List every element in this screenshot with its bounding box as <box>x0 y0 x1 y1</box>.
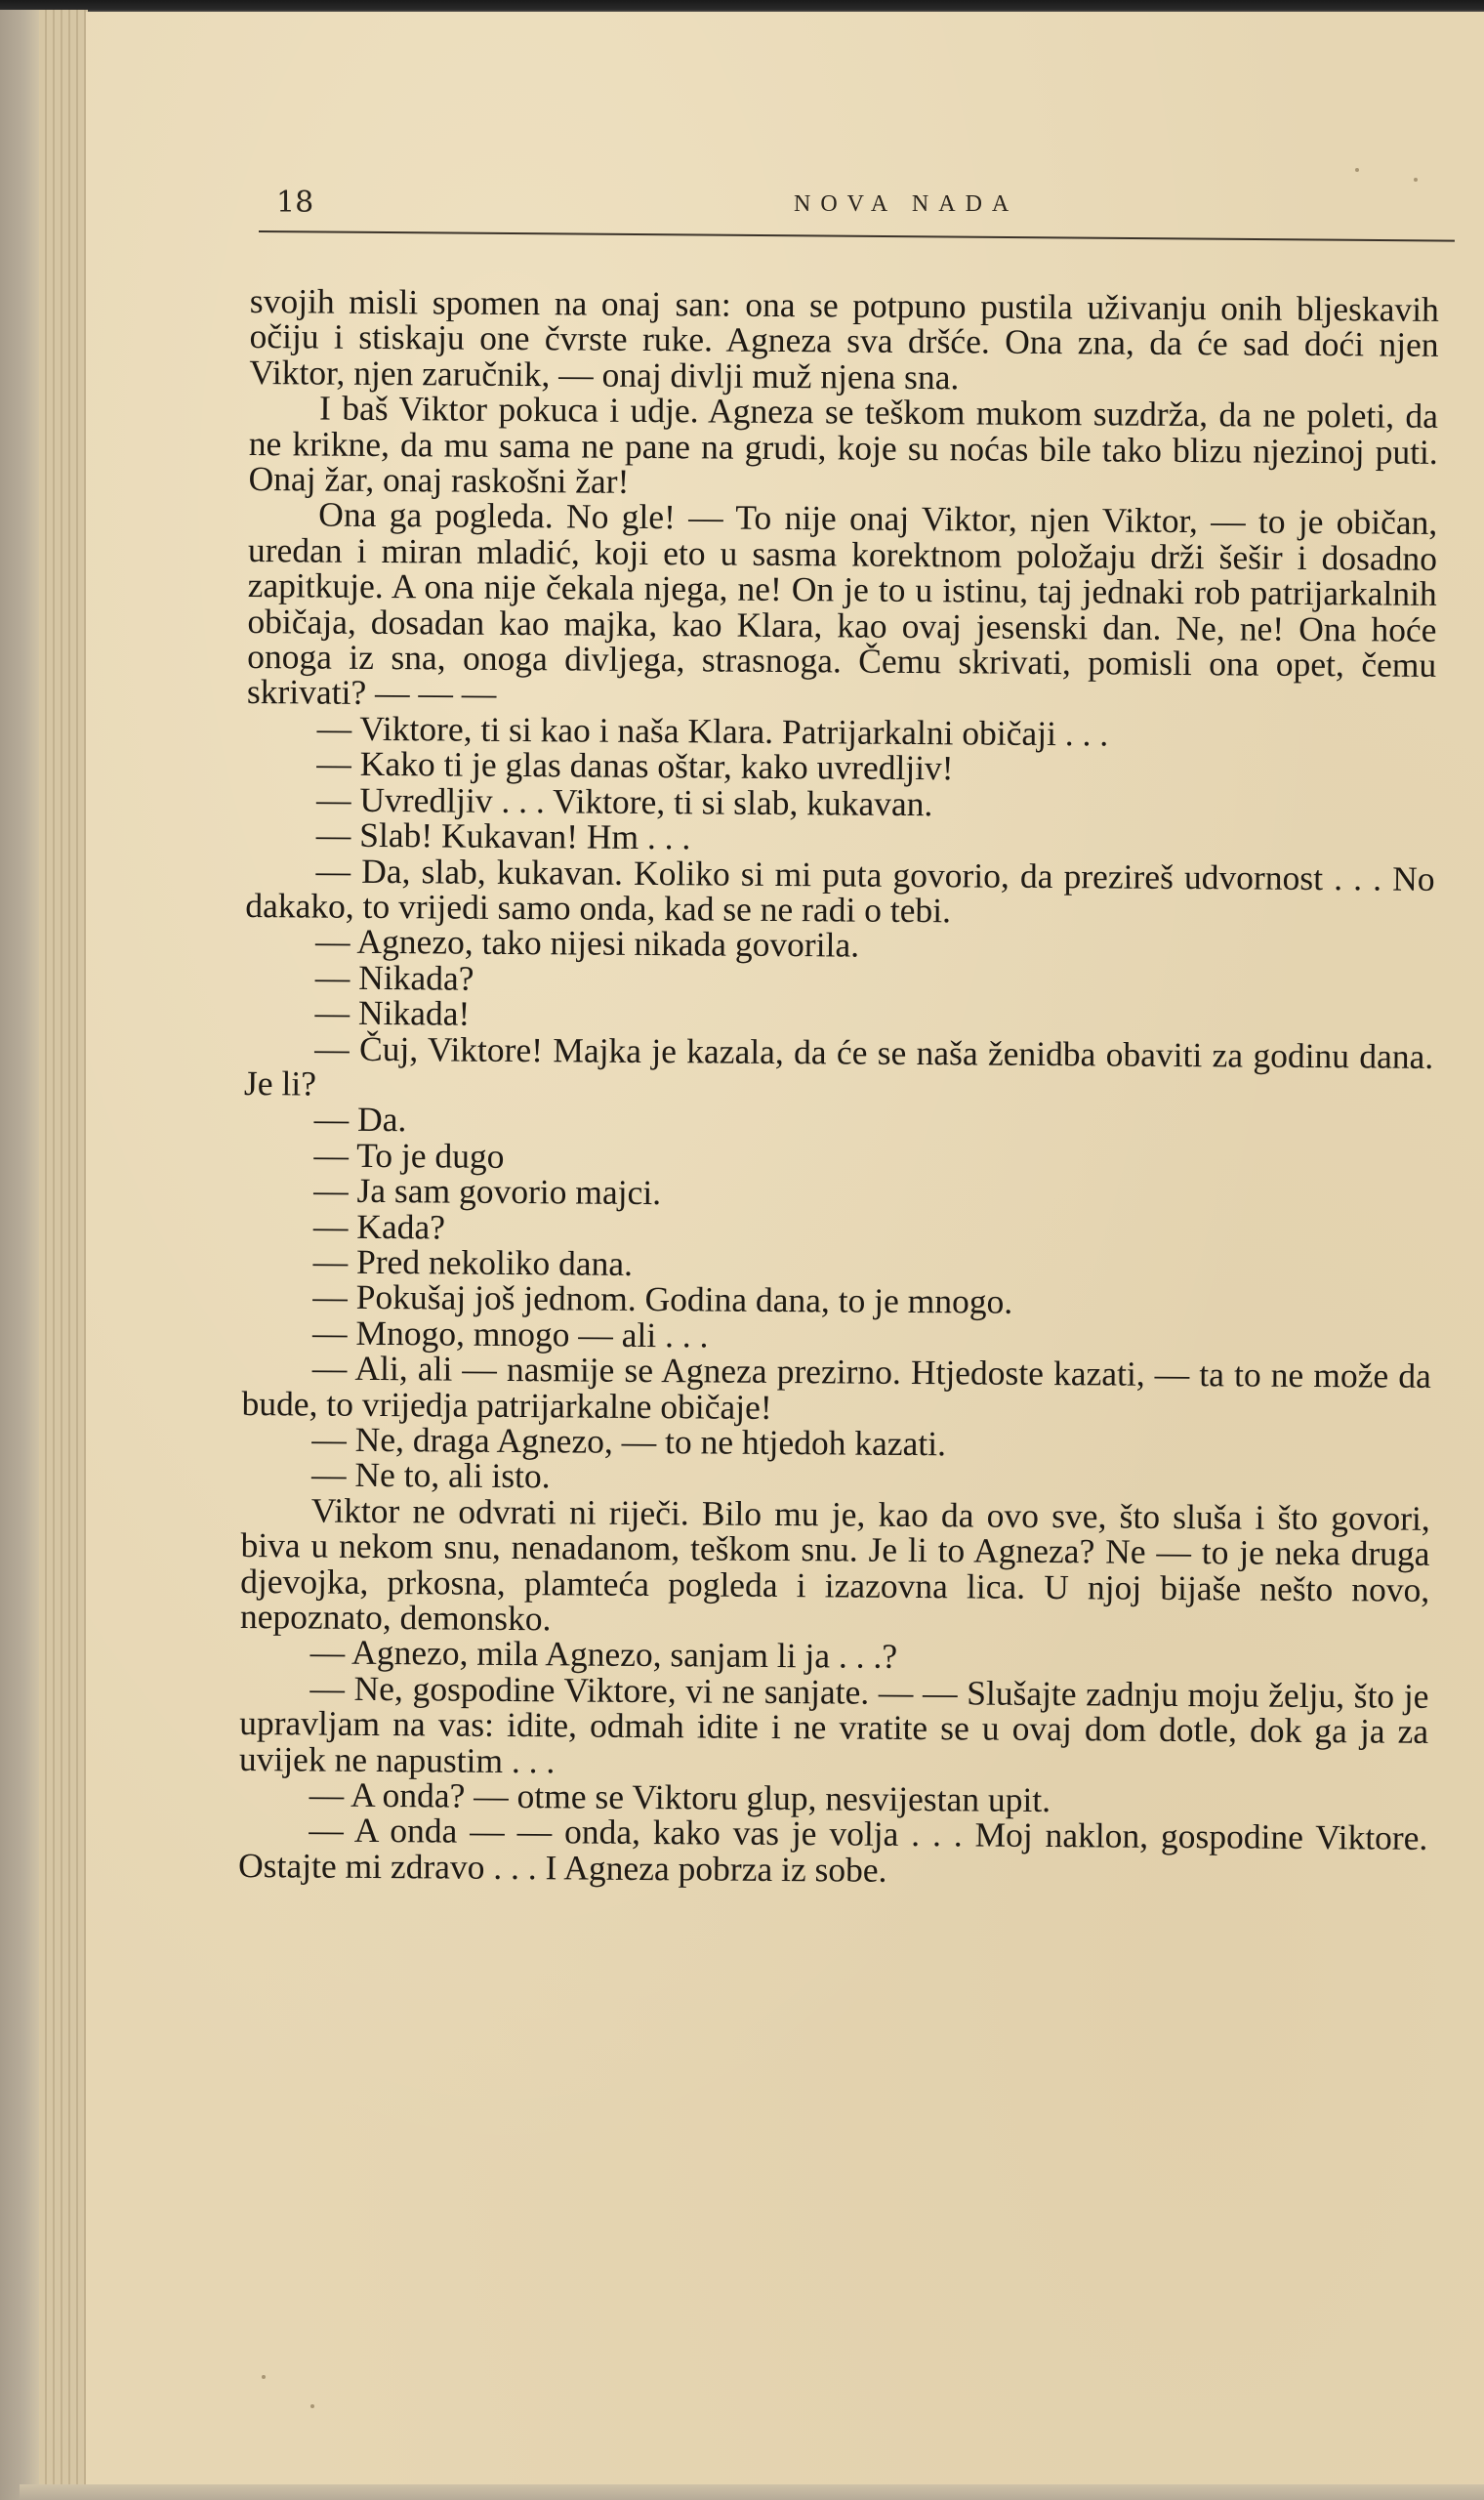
page-bottom-edge <box>20 2484 1484 2500</box>
book-binding <box>0 10 39 2500</box>
body-text: svojih misli spomen na onaj san: ona se … <box>238 283 1439 1892</box>
paragraph: Viktor ne odvrati ni riječi. Bilo mu je,… <box>240 1492 1430 1644</box>
running-title: NOVA NADA <box>794 191 1018 218</box>
paragraph: Ona ga pogleda. No gle! — To nije onaj V… <box>247 496 1438 718</box>
paper-speck <box>310 2404 314 2408</box>
paragraph: I baš Viktor pokuca i udje. Agneza se te… <box>248 390 1438 505</box>
page-edges-stack <box>39 10 88 2495</box>
paper-speck <box>262 2375 266 2379</box>
dialogue-line: — Ne, gospodine Viktore, vi ne sanjate. … <box>239 1670 1429 1785</box>
dialogue-line: — Da, slab, kukavan. Koliko si mi puta g… <box>245 852 1435 932</box>
page-number: 18 <box>276 186 313 220</box>
paragraph: svojih misli spomen na onaj san: ona se … <box>249 283 1439 398</box>
dialogue-line: — A onda — — onda, kako vas je volja . .… <box>238 1812 1428 1892</box>
running-header: 18 NOVA NADA <box>188 174 1458 223</box>
dialogue-line: — Ali, ali — nasmije se Agneza prezirno.… <box>241 1350 1431 1430</box>
dialogue-line: — Čuj, Viktore! Majka je kazala, da će s… <box>244 1030 1434 1110</box>
paper-speck <box>1355 168 1359 172</box>
